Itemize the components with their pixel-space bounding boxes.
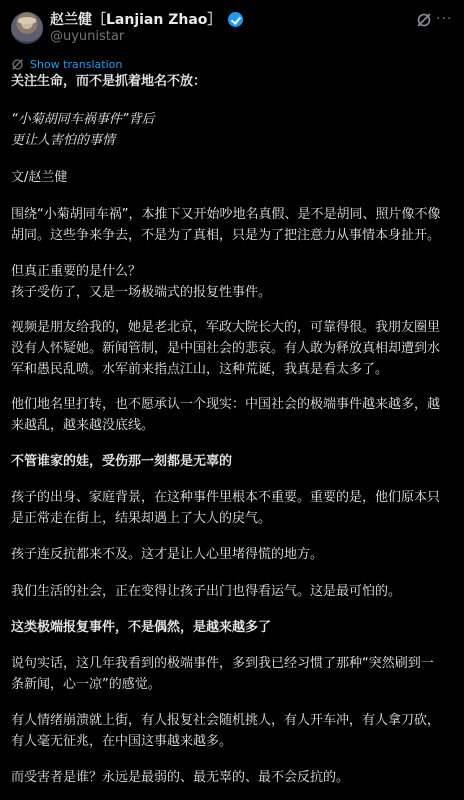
post-text-line: 来越乱，越来越没底线。	[11, 417, 154, 435]
post-text-line: 没有人怀疑她。新闻管制，是中国社会的悲哀。有人敢为释放真相却遭到水	[11, 340, 440, 358]
post-text-line: 而受害者是谁？永远是最弱的、最无辜的、最不会反抗的。	[11, 769, 349, 787]
post-text-line: “小菊胡同车祸事件”背后	[11, 111, 154, 129]
author-handle[interactable]: @uyunistar	[50, 29, 124, 44]
show-translation-label[interactable]: Show translation	[30, 58, 122, 71]
post-text-line: 孩子受伤了，又是一场极端式的报复性事件。	[11, 284, 271, 302]
post-text-line: 是正常走在街上，结果却遇上了大人的戾气。	[11, 510, 271, 528]
post-section-heading: 不管谁家的娃，受伤那一刻都是无辜的	[11, 453, 232, 471]
author-display-name[interactable]: 赵兰健［Lanjian Zhao］	[50, 9, 221, 29]
post-section-heading: 这类极端报复事件，不是偶然，是越来越多了	[11, 619, 271, 637]
post-text-line: 孩子连反抗都来不及。这才是让人心里堵得慌的地方。	[11, 546, 323, 564]
post-text-line: 我们生活的社会，正在变得让孩子出门也得看运气。这是最可怕的。	[11, 583, 401, 601]
post-text-line: 说句实话，这几年我看到的极端事件，多到我已经习惯了那种“突然刷到一	[11, 655, 434, 673]
post-text-line: 文/赵兰健	[11, 169, 67, 187]
avatar-hat	[18, 17, 36, 24]
post-text-line: 有人情绪崩溃就上街，有人报复社会随机挑人，有人开车冲，有人拿刀砍，	[11, 712, 440, 730]
post-text-line: 孩子的出身、家庭背景，在这种事件里根本不重要。重要的是，他们原本只	[11, 489, 440, 507]
post-text-line: 更让人害怕的事情	[11, 132, 115, 150]
post-text-line: 他们地名里打转，也不愿承认一个现实：中国社会的极端事件越来越多，越	[11, 396, 440, 414]
show-translation-link[interactable]: Show translation	[11, 56, 122, 72]
post-text-line: 军和愚民乱喷。水军前来指点江山，这种荒诞，我真是看太多了。	[11, 361, 388, 379]
post-text-line: 围绕“小菊胡同车祸”，本推下又开始吵地名真假、是不是胡同、照片像不像	[11, 206, 440, 224]
post-text-line: 有人毫无征兆，在中国这事越来越多。	[11, 733, 232, 751]
grok-button[interactable]	[416, 12, 432, 28]
post-text-line: 视频是朋友给我的，她是老北京，军政大院长大的，可靠得很。我朋友圈里	[11, 319, 440, 337]
post-text-line: 胡同。这些争来争去，不是为了真相，只是为了把注意力从事情本身扯开。	[11, 227, 440, 245]
post-text-line: 条新闻，心一凉”的感觉。	[11, 676, 161, 694]
post-text-line: 但真正重要的是什么？	[11, 263, 141, 281]
post-section-heading: 关注生命，而不是抓着地名不放：	[11, 73, 206, 91]
more-options-button[interactable]: ···	[436, 12, 454, 28]
grok-icon	[416, 12, 432, 28]
post-header: 赵兰健［Lanjian Zhao］ @uyunistar ···	[0, 0, 464, 54]
author-name-row[interactable]: 赵兰健［Lanjian Zhao］	[50, 10, 243, 28]
avatar[interactable]	[11, 12, 43, 44]
grok-icon	[11, 58, 24, 71]
verified-badge-icon	[228, 12, 243, 27]
